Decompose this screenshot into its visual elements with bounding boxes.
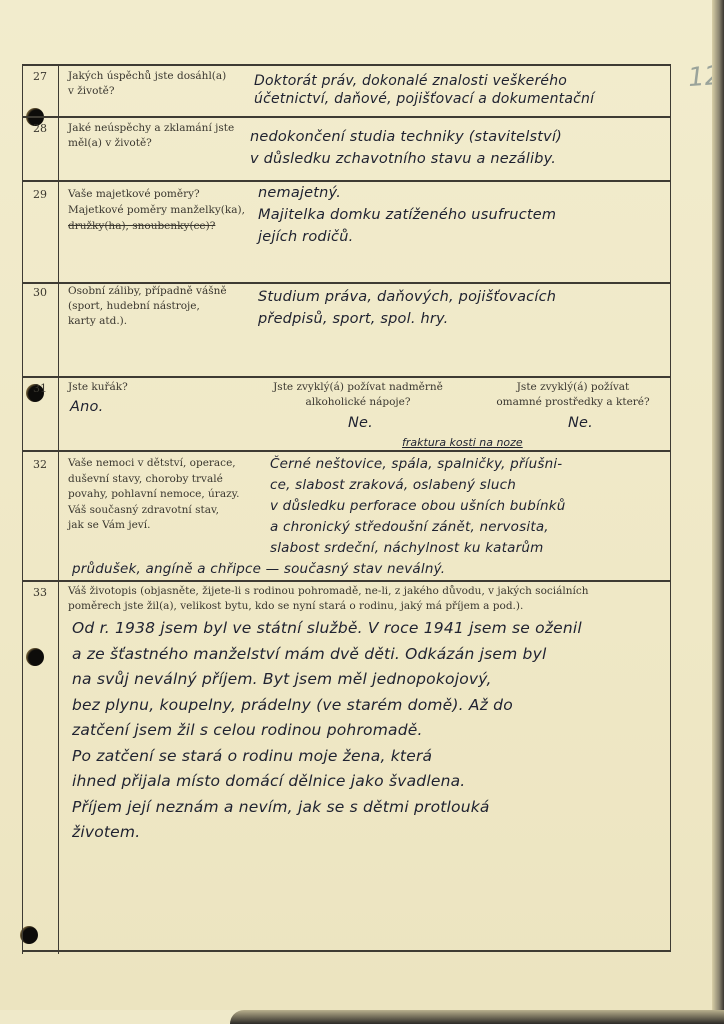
question-narcotics: Jste zvyklý(á) požívat omamné prostředky… (488, 380, 658, 410)
answer-narcotics[interactable]: Ne. (568, 412, 593, 434)
row-number: 27 (22, 70, 58, 83)
question-alcohol: Jste zvyklý(á) požívat nadměrně alkoholi… (258, 380, 458, 410)
row-number: 33 (22, 586, 58, 599)
question-text: Jaké neúspěchy a zklamání jste měl(a) v … (68, 121, 234, 151)
handwritten-answer-continuation[interactable]: průdušek, angíně a chřipce — současný st… (72, 558, 445, 580)
question-smoker: Jste kuřák? (68, 380, 128, 395)
row-number: 29 (22, 188, 58, 201)
number-column-divider (58, 64, 59, 954)
questionnaire-table: 27 Jakých úspěchů jste dosáhl(a) v život… (22, 64, 670, 950)
table-bottom-border (22, 950, 671, 952)
question-text: Osobní záliby, případně vášně (sport, hu… (68, 284, 227, 329)
page-bottom-shadow (230, 1010, 724, 1024)
row-number: 31 (22, 382, 58, 395)
row-divider (22, 450, 671, 452)
handwritten-answer[interactable]: nedokončení studia techniky (stavitelstv… (250, 126, 562, 170)
row-number: 32 (22, 458, 58, 471)
handwritten-answer[interactable]: Černé neštovice, spála, spalničky, příuš… (270, 454, 566, 559)
row-divider (22, 64, 671, 66)
handwritten-answer[interactable]: Studium práva, daňových, pojišťovacích p… (258, 286, 556, 330)
handwritten-insertion: fraktura kosti na noze (402, 436, 523, 449)
table-right-border (670, 64, 671, 950)
form-page: 12 27 Jakých úspěchů jste dosáhl(a) v ži… (0, 0, 712, 1010)
answer-smoker[interactable]: Ano. (70, 396, 103, 418)
question-text: Vaše majetkové poměry? Majetkové poměry … (68, 186, 245, 234)
row-number: 30 (22, 286, 58, 299)
page-edge-shadow (712, 0, 724, 1024)
handwritten-answer[interactable]: Doktorát práv, dokonalé znalosti veškeré… (254, 70, 594, 110)
row-number: 28 (22, 122, 58, 135)
row-divider (22, 376, 671, 378)
question-text: Váš životopis (objasněte, žijete-li s ro… (68, 584, 589, 614)
answer-alcohol[interactable]: Ne. (348, 412, 373, 434)
handwritten-biography[interactable]: Od r. 1938 jsem byl ve státní službě. V … (72, 616, 582, 846)
question-text: Jakých úspěchů jste dosáhl(a) v životě? (68, 69, 226, 99)
question-text: Vaše nemoci v dětství, operace, duševní … (68, 456, 240, 534)
row-divider (22, 116, 671, 118)
handwritten-answer[interactable]: nemajetný. Majitelka domku zatíženého us… (258, 182, 556, 248)
row-divider (22, 580, 671, 582)
